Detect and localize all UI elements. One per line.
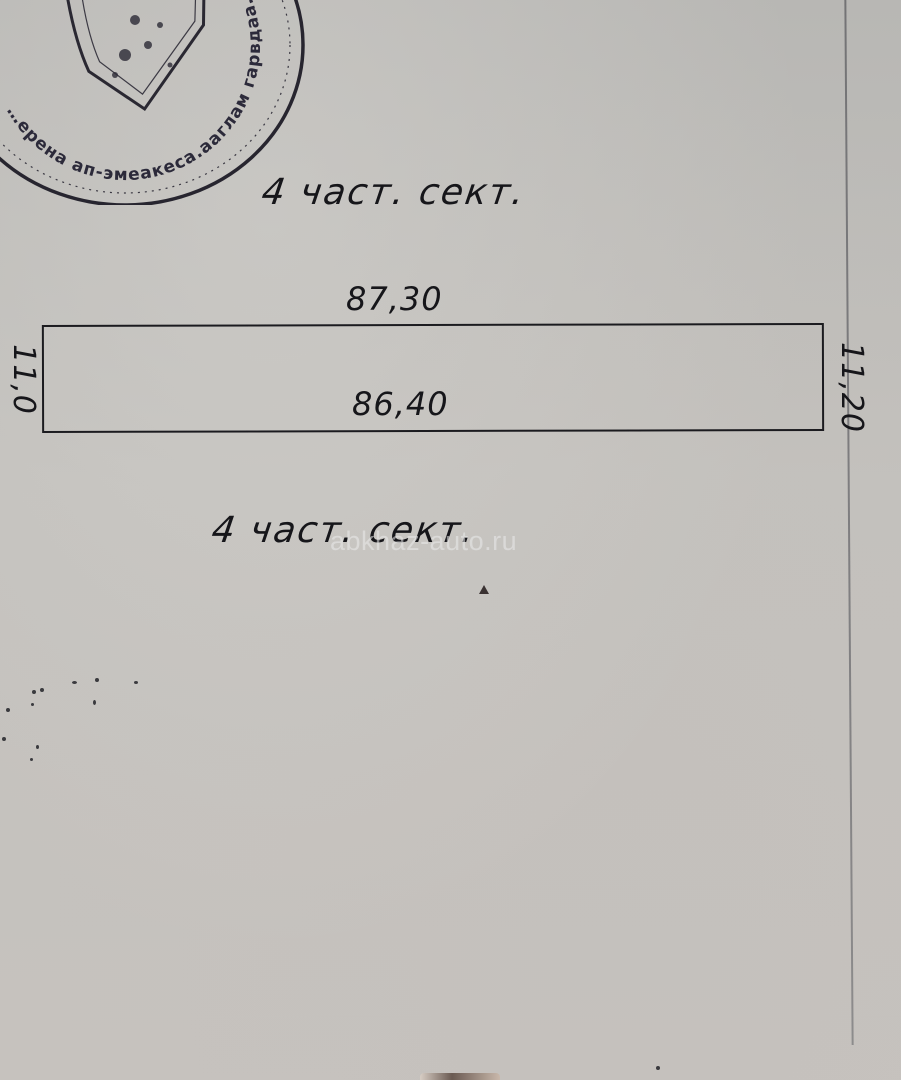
ink-speck [2, 737, 6, 741]
ink-speck [30, 758, 33, 761]
ink-speck [40, 688, 44, 692]
ink-speck [134, 681, 138, 684]
ink-speck [72, 681, 77, 684]
ink-mark [479, 585, 489, 594]
ink-speck [93, 700, 96, 705]
plot-top-dimension: 87,30 [346, 280, 443, 318]
ink-speck [6, 708, 10, 712]
plot-bottom-dimension: 86,40 [352, 385, 449, 423]
top-neighbor-label: 4 част. сект. [259, 172, 528, 213]
ink-speck [95, 678, 99, 682]
ink-speck [656, 1066, 660, 1070]
margin-line [844, 0, 853, 1045]
plot-left-dimension: 11,0 [6, 344, 41, 415]
object-at-bottom-edge [420, 1073, 500, 1080]
plot-right-dimension: 11,20 [834, 342, 869, 433]
ink-speck [31, 703, 34, 706]
watermark: abkhaz-auto.ru [330, 526, 517, 557]
ink-speck [36, 745, 39, 749]
svg-text:…ерена ап-эмеакеса.ааглам гарв: …ерена ап-эмеакеса.ааглам гарвдаа… [2, 0, 265, 185]
ink-speck [32, 690, 36, 694]
document-page: …ерена ап-эмеакеса.ааглам гарвдаа… 4 час… [0, 0, 901, 1080]
